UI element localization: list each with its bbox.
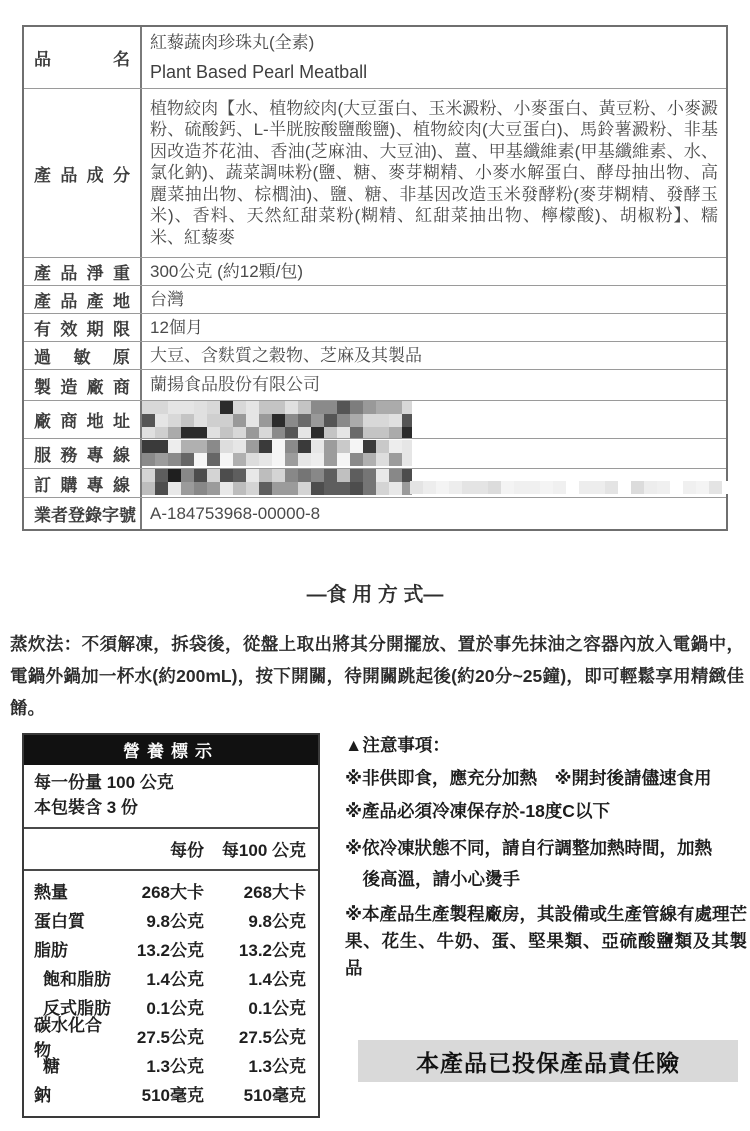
table-row: 廠商地址 bbox=[24, 401, 726, 439]
nutrient-per-100g: 0.1公克 bbox=[204, 994, 306, 1019]
label-manufacturer-address: 廠商地址 bbox=[34, 407, 130, 432]
insurance-notice-box: 本產品已投保產品責任險 bbox=[358, 1040, 738, 1082]
table-row: 產品成分 植物絞肉【水、植物絞肉(大豆蛋白、玉米澱粉、小麥蛋白、黃豆粉、小麥澱粉… bbox=[24, 89, 726, 258]
row-label-cell: 業者登錄字號 bbox=[24, 498, 142, 529]
row-value-cell bbox=[142, 469, 726, 497]
table-row: 訂購專線 bbox=[24, 469, 726, 498]
label-allergens: 過敏原 bbox=[34, 343, 130, 368]
notice-item: ※本產品生產製程廠房，其設備或生產管線有處理芒果、花生、牛奶、蛋、堅果類、亞硫酸… bbox=[345, 901, 747, 982]
col-per-serving: 每份 bbox=[116, 836, 204, 861]
nutrient-name: 飽和脂肪 bbox=[34, 965, 116, 990]
redacted-mosaic-faint bbox=[410, 481, 730, 495]
nutrient-per-serving: 1.3公克 bbox=[116, 1052, 204, 1077]
row-label-cell: 訂購專線 bbox=[24, 469, 142, 497]
row-label-cell: 產品淨重 bbox=[24, 258, 142, 285]
table-row: 產品產地 台灣 bbox=[24, 286, 726, 314]
nutrient-name: 脂肪 bbox=[34, 936, 116, 961]
nutrient-per-100g: 268大卡 bbox=[204, 878, 306, 903]
table-row: 產品淨重 300公克 (約12顆/包) bbox=[24, 258, 726, 286]
serving-size-line: 每一份量 100 公克 bbox=[34, 770, 308, 795]
registration-number-value: A-184753968-00000-8 bbox=[142, 498, 726, 529]
row-label-cell: 有效期限 bbox=[24, 314, 142, 341]
notices-section: ▲注意事項： ※非供即食，應充分加熱 ※開封後請儘速食用 ※產品必須冷凍保存於-… bbox=[345, 735, 747, 993]
nutrient-per-serving: 268大卡 bbox=[116, 878, 204, 903]
label-ingredients: 產品成分 bbox=[34, 161, 130, 186]
redacted-mosaic-order-line bbox=[142, 469, 412, 497]
table-row: 業者登錄字號 A-184753968-00000-8 bbox=[24, 498, 726, 529]
row-label-cell: 過敏原 bbox=[24, 342, 142, 369]
table-row: 過敏原 大豆、含麩質之穀物、芝麻及其製品 bbox=[24, 342, 726, 370]
redacted-mosaic-address bbox=[142, 401, 412, 438]
product-name-en: Plant Based Pearl Meatball bbox=[150, 62, 718, 84]
table-row: 蛋白質 9.8公克 9.8公克 bbox=[24, 905, 318, 934]
label-shelf-life: 有效期限 bbox=[34, 315, 130, 340]
col-per-100g: 每100 公克 bbox=[204, 836, 306, 861]
nutrient-name: 糖 bbox=[34, 1052, 116, 1077]
table-row: 品名 紅藜蔬肉珍珠丸(全素) Plant Based Pearl Meatbal… bbox=[24, 27, 726, 89]
nutrient-per-serving: 0.1公克 bbox=[116, 994, 204, 1019]
notice-item: ※非供即食，應充分加熱 ※開封後請儘速食用 bbox=[345, 767, 747, 789]
nutrient-per-serving: 27.5公克 bbox=[116, 1023, 204, 1048]
nutrition-rows: 熱量 268大卡 268大卡 蛋白質 9.8公克 9.8公克 脂肪 13.2公克… bbox=[24, 871, 318, 1116]
label-service-line: 服務專線 bbox=[34, 441, 130, 466]
table-row: 服務專線 bbox=[24, 439, 726, 469]
nutrient-per-serving: 13.2公克 bbox=[116, 936, 204, 961]
usage-instructions: 蒸炊法：不須解凍，拆袋後，從盤上取出將其分開擺放、置於事先抹油之容器內放入電鍋中… bbox=[10, 628, 744, 724]
nutrient-per-100g: 27.5公克 bbox=[204, 1023, 306, 1048]
usage-section-title: —食 用 方 式— bbox=[0, 578, 750, 607]
row-value-cell: 紅藜蔬肉珍珠丸(全素) Plant Based Pearl Meatball bbox=[142, 27, 726, 88]
nutrient-name: 熱量 bbox=[34, 878, 116, 903]
row-label-cell: 製造廠商 bbox=[24, 370, 142, 400]
row-value-cell bbox=[142, 439, 726, 468]
label-registration-number: 業者登錄字號 bbox=[34, 501, 136, 526]
table-row: 有效期限 12個月 bbox=[24, 314, 726, 342]
table-row: 製造廠商 蘭揚食品股份有限公司 bbox=[24, 370, 726, 401]
table-row: 熱量 268大卡 268大卡 bbox=[24, 876, 318, 905]
nutrition-column-headers: 每份 每100 公克 bbox=[24, 829, 318, 871]
ingredients-text: 植物絞肉【水、植物絞肉(大豆蛋白、玉米澱粉、小麥蛋白、黃豆粉、小麥澱粉、硫酸鈣、… bbox=[142, 89, 726, 257]
row-label-cell: 服務專線 bbox=[24, 439, 142, 468]
nutrition-serving-info: 每一份量 100 公克 本包裝含 3 份 bbox=[24, 765, 318, 829]
notices-title: ▲注意事項： bbox=[345, 735, 747, 756]
table-row: 飽和脂肪 1.4公克 1.4公克 bbox=[24, 963, 318, 992]
row-label-cell: 產品產地 bbox=[24, 286, 142, 313]
shelf-life-value: 12個月 bbox=[142, 314, 726, 341]
row-label-cell: 廠商地址 bbox=[24, 401, 142, 438]
label-manufacturer: 製造廠商 bbox=[34, 373, 130, 398]
nutrient-per-100g: 1.4公克 bbox=[204, 965, 306, 990]
label-net-weight: 產品淨重 bbox=[34, 259, 130, 284]
table-row: 碳水化合物 27.5公克 27.5公克 bbox=[24, 1021, 318, 1050]
row-label-cell: 品名 bbox=[24, 27, 142, 88]
product-spec-table: 品名 紅藜蔬肉珍珠丸(全素) Plant Based Pearl Meatbal… bbox=[22, 25, 728, 531]
nutrition-table: 營養標示 每一份量 100 公克 本包裝含 3 份 每份 每100 公克 熱量 … bbox=[22, 733, 320, 1118]
row-value-cell bbox=[142, 401, 726, 438]
label-product-name: 品名 bbox=[34, 45, 130, 70]
nutrition-title: 營養標示 bbox=[24, 735, 318, 765]
nutrient-per-serving: 510毫克 bbox=[116, 1081, 204, 1106]
label-origin: 產品產地 bbox=[34, 287, 130, 312]
nutrient-per-serving: 9.8公克 bbox=[116, 907, 204, 932]
servings-per-pack-line: 本包裝含 3 份 bbox=[34, 795, 308, 820]
origin-value: 台灣 bbox=[142, 286, 726, 313]
product-info-sheet: 品名 紅藜蔬肉珍珠丸(全素) Plant Based Pearl Meatbal… bbox=[0, 0, 750, 1131]
row-label-cell: 產品成分 bbox=[24, 89, 142, 257]
redacted-mosaic-service-line bbox=[142, 440, 412, 468]
nutrient-per-100g: 510毫克 bbox=[204, 1081, 306, 1106]
nutrient-per-100g: 9.8公克 bbox=[204, 907, 306, 932]
nutrient-per-serving: 1.4公克 bbox=[116, 965, 204, 990]
notice-item: ※依冷凍狀態不同，請自行調整加熱時間，加熱 後高溫，請小心燙手 bbox=[345, 833, 747, 895]
allergens-value: 大豆、含麩質之穀物、芝麻及其製品 bbox=[142, 342, 726, 369]
net-weight-value: 300公克 (約12顆/包) bbox=[142, 258, 726, 285]
nutrient-per-100g: 13.2公克 bbox=[204, 936, 306, 961]
table-row: 鈉 510毫克 510毫克 bbox=[24, 1079, 318, 1108]
notice-item: ※產品必須冷凍保存於-18度C以下 bbox=[345, 800, 747, 822]
manufacturer-value: 蘭揚食品股份有限公司 bbox=[142, 370, 726, 400]
nutrient-name: 蛋白質 bbox=[34, 907, 116, 932]
product-name-zh: 紅藜蔬肉珍珠丸(全素) bbox=[150, 32, 718, 54]
nutrient-name: 鈉 bbox=[34, 1081, 116, 1106]
label-order-line: 訂購專線 bbox=[34, 471, 130, 496]
table-row: 糖 1.3公克 1.3公克 bbox=[24, 1050, 318, 1079]
nutrient-per-100g: 1.3公克 bbox=[204, 1052, 306, 1077]
table-row: 脂肪 13.2公克 13.2公克 bbox=[24, 934, 318, 963]
